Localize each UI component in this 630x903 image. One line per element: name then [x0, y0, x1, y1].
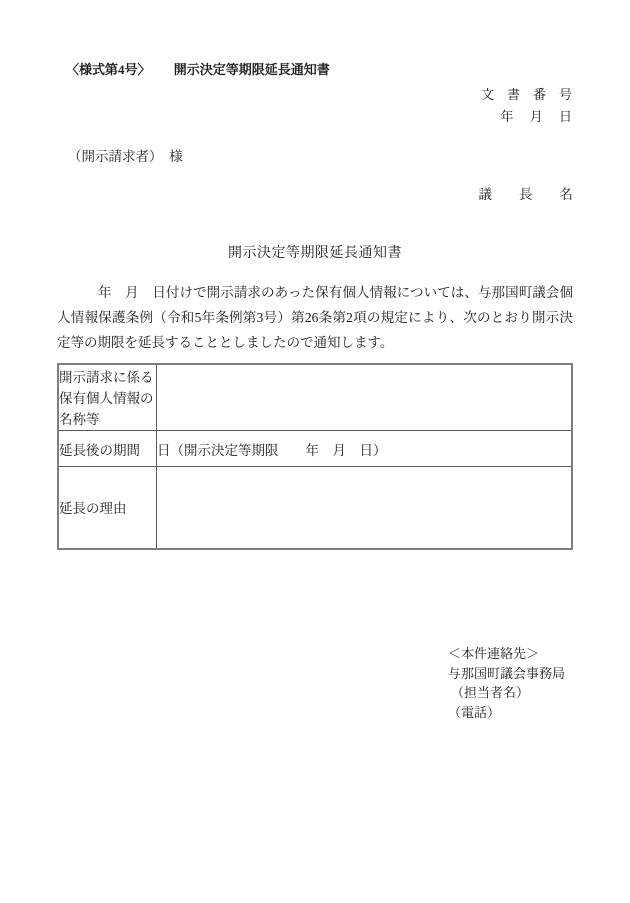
contact-heading: ＜本件連絡先＞ — [448, 644, 565, 664]
form-number-label: 〈様式第4号〉 — [66, 62, 151, 77]
form-name-label: 開示決定等期限延長通知書 — [174, 62, 330, 77]
name-label-line2: 保有個人情報の — [59, 388, 156, 409]
contact-block: ＜本件連絡先＞ 与那国町議会事務局 （担当者名） （電話） — [448, 644, 565, 722]
document-page: 〈様式第4号〉 開示決定等期限延長通知書 文 書 番 号 年 月 日 （開示請求… — [0, 0, 630, 903]
contact-office: 与那国町議会事務局 — [448, 664, 565, 684]
table-row-period: 延長後の期間 日（開示決定等期限 年 月 日） — [58, 431, 572, 467]
period-value-cell: 日（開示決定等期限 年 月 日） — [157, 431, 573, 467]
period-label-cell: 延長後の期間 — [58, 431, 157, 467]
doc-number-block: 文 書 番 号 年 月 日 — [481, 84, 572, 128]
body-paragraph: 年 月 日付けで開示請求のあった保有個人情報については、与那国町議会個人情報保護… — [57, 280, 573, 355]
name-label-line3: 名称等 — [59, 409, 156, 430]
reason-label-line: 延長の理由 — [59, 497, 156, 517]
info-table-body: 開示請求に係る 保有個人情報の 名称等 延長後の期間 日（開示決定等期限 年 月… — [58, 364, 572, 549]
contact-phone: （電話） — [448, 703, 565, 723]
period-label-line: 延長後の期間 — [59, 439, 156, 459]
reason-value-cell — [157, 467, 573, 549]
reason-label-cell: 延長の理由 — [58, 467, 157, 549]
name-label-line1: 開示請求に係る — [59, 367, 156, 388]
contact-person: （担当者名） — [448, 683, 565, 703]
table-row-reason: 延長の理由 — [58, 467, 572, 549]
form-header-line: 〈様式第4号〉 開示決定等期限延長通知書 — [66, 59, 330, 78]
addressee-line: （開示請求者） 様 — [68, 145, 183, 165]
doc-date-placeholder: 年 月 日 — [481, 106, 572, 128]
doc-number-label: 文 書 番 号 — [481, 84, 572, 106]
document-title: 開示決定等期限延長通知書 — [0, 242, 630, 262]
table-row-name: 開示請求に係る 保有個人情報の 名称等 — [58, 364, 572, 431]
name-value-cell — [157, 364, 573, 431]
name-label-cell: 開示請求に係る 保有個人情報の 名称等 — [58, 364, 157, 431]
info-table: 開示請求に係る 保有個人情報の 名称等 延長後の期間 日（開示決定等期限 年 月… — [57, 363, 573, 550]
sender-name-line: 議 長 名 — [479, 183, 574, 203]
